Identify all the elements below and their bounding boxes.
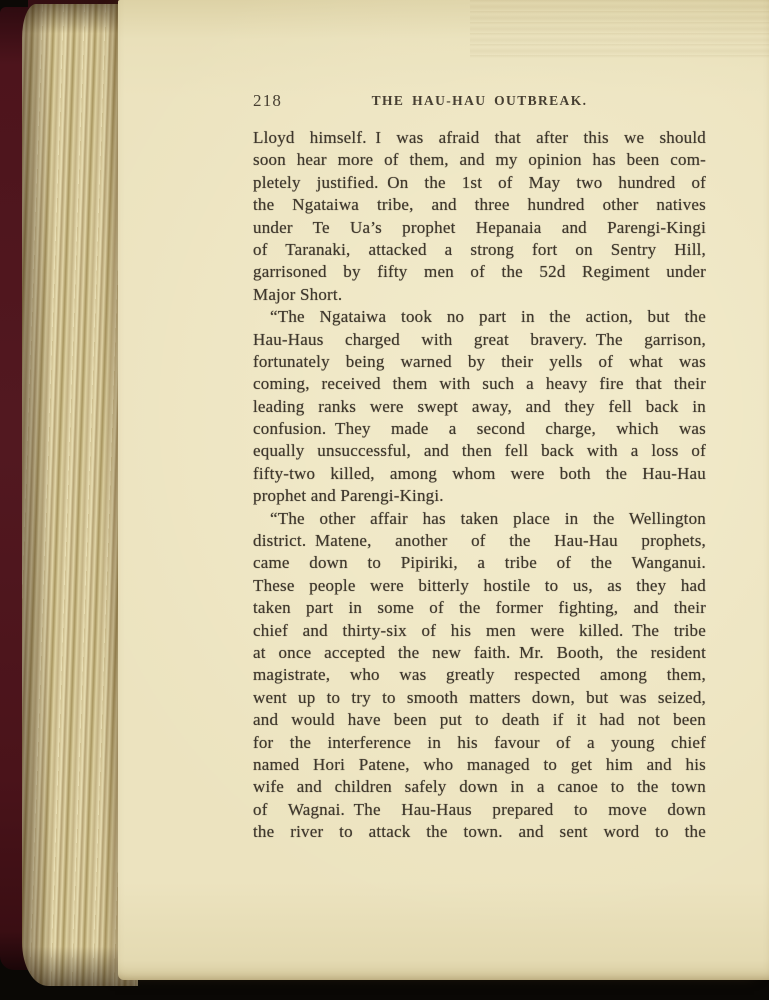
text-line: pletely justified. On the 1st of May two… (253, 172, 706, 194)
text-line: named Hori Patene, who managed to get hi… (253, 754, 706, 776)
page-header: 218 THE HAU-HAU OUTBREAK. (253, 90, 706, 112)
page-top-edge-striations (470, 0, 769, 58)
text-line: came down to Pipiriki, a tribe of the Wa… (253, 552, 706, 574)
text-line: of Taranaki, attacked a strong fort on S… (253, 239, 706, 261)
paragraph: “The Ngataiwa took no part in the action… (253, 306, 706, 508)
text-line: chief and thirty-six of his men were kil… (253, 620, 706, 642)
running-title: THE HAU-HAU OUTBREAK. (253, 90, 706, 112)
text-line: “The Ngataiwa took no part in the action… (253, 306, 706, 328)
text-line: the Ngataiwa tribe, and three hundred ot… (253, 194, 706, 216)
text-line: confusion. They made a second charge, wh… (253, 418, 706, 440)
text-line: magistrate, who was greatly respected am… (253, 664, 706, 686)
text-line: “The other affair has taken place in the… (253, 508, 706, 530)
text-line: Lloyd himself. I was afraid that after t… (253, 127, 706, 149)
paragraph: Lloyd himself. I was afraid that after t… (253, 127, 706, 306)
text-line: went up to try to smooth matters down, b… (253, 687, 706, 709)
text-line: and would have been put to death if it h… (253, 709, 706, 731)
text-line: soon hear more of them, and my opinion h… (253, 149, 706, 171)
text-line: garrisoned by fifty men of the 52d Regim… (253, 261, 706, 283)
book-page: 218 THE HAU-HAU OUTBREAK. Lloyd himself.… (118, 0, 769, 980)
book-scan: 218 THE HAU-HAU OUTBREAK. Lloyd himself.… (0, 0, 769, 1000)
text-line: equally unsuccessful, and then fell back… (253, 440, 706, 462)
page-number: 218 (253, 90, 282, 112)
text-line: taken part in some of the former fightin… (253, 597, 706, 619)
text-line: prophet and Parengi-Kingi. (253, 485, 706, 507)
text-line: fifty-two killed, among whom were both t… (253, 463, 706, 485)
text-line: fortunately being warned by their yells … (253, 351, 706, 373)
text-line: of Wagnai. The Hau-Haus prepared to move… (253, 799, 706, 821)
text-line: for the interference in his favour of a … (253, 732, 706, 754)
text-line: Hau-Haus charged with great bravery. The… (253, 329, 706, 351)
text-line: coming, received them with such a heavy … (253, 373, 706, 395)
page-text: Lloyd himself. I was afraid that after t… (253, 127, 706, 844)
text-line: at once accepted the new faith. Mr. Boot… (253, 642, 706, 664)
text-line: wife and children safely down in a canoe… (253, 776, 706, 798)
paragraph: “The other affair has taken place in the… (253, 508, 706, 844)
text-line: Major Short. (253, 284, 706, 306)
text-line: the river to attack the town. and sent w… (253, 821, 706, 843)
text-line: district. Matene, another of the Hau-Hau… (253, 530, 706, 552)
text-line: leading ranks were swept away, and they … (253, 396, 706, 418)
page-content: 218 THE HAU-HAU OUTBREAK. Lloyd himself.… (253, 90, 706, 844)
text-line: These people were bitterly hostile to us… (253, 575, 706, 597)
photo-background: { "page": { "number": "218", "running_ti… (0, 0, 769, 1000)
text-line: under Te Ua’s prophet Hepanaia and Paren… (253, 217, 706, 239)
